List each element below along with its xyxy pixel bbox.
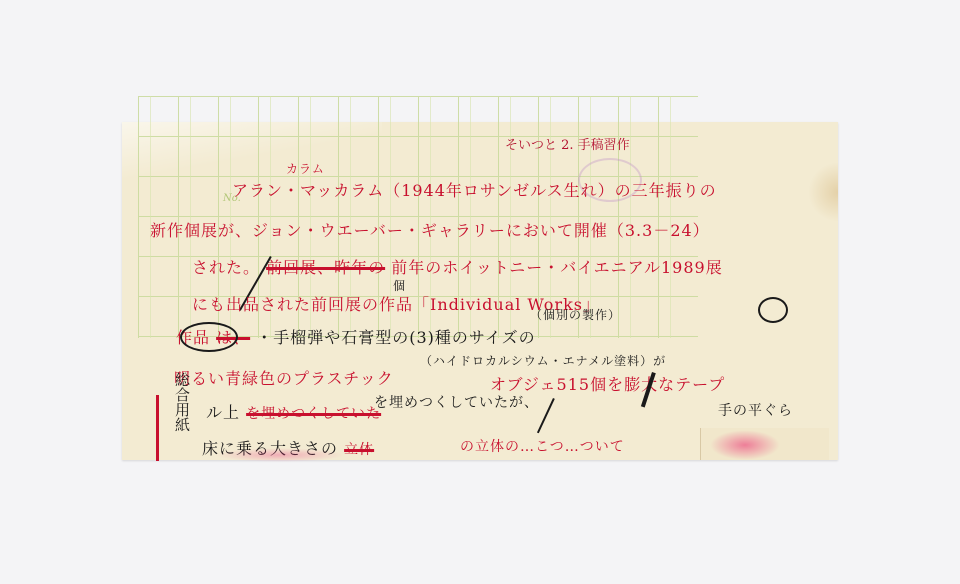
black-scribble-loop (180, 322, 238, 352)
manuscript-line-6: 明るい青緑色のプラスチック (174, 366, 394, 389)
manuscript-line-1: アラン・マッカラム（1944年ロサンゼルス生れ）の三年振りの (232, 178, 717, 201)
line8-struck: 立体 (344, 442, 374, 458)
manuscript-line-7: ル上 を埋めつくしていた (206, 400, 381, 423)
manuscript-line-3: された。 前回展、昨年の 前年のホイットニー・バイエニアル1989展 (192, 255, 723, 278)
line5-text: ・手榴弾や石膏型の(3)種のサイズの (256, 328, 535, 347)
line7-struck: を埋めつくしていた (246, 406, 381, 422)
line3-start: された。 (192, 258, 260, 277)
highlighter-blot (710, 430, 780, 460)
black-scribble-circle (758, 297, 788, 323)
line3-after: 前年のホイットニー・バイエニアル1989展 (391, 258, 722, 277)
line7-after: 手の平ぐら (718, 400, 793, 420)
highlighter-smear (215, 448, 345, 462)
line6-annotation: （ハイドロカルシウム・エナメル塗料）が (420, 352, 666, 369)
line7-mid: を埋めつくしていたが、 (374, 392, 539, 412)
line1-annotation: カラム (286, 160, 325, 177)
margin-vertical-text: 総合用紙 (172, 372, 193, 432)
manuscript-line-2: 新作個展が、ジョン・ウエーバー・ギャラリーにおいて開催（3.3－24） (150, 218, 710, 241)
line8-after: の立体の…こつ…ついて (460, 436, 625, 456)
line3-struck: 前回展、昨年の (266, 258, 385, 277)
line6-text: 明るい青緑色のプラスチック (174, 369, 394, 388)
red-margin-line (156, 395, 159, 461)
header-note: そいつと 2. 手稿習作 (505, 134, 630, 153)
line7-text: ル上 (206, 403, 240, 422)
line5-annotation: （個別の製作） (530, 306, 621, 323)
